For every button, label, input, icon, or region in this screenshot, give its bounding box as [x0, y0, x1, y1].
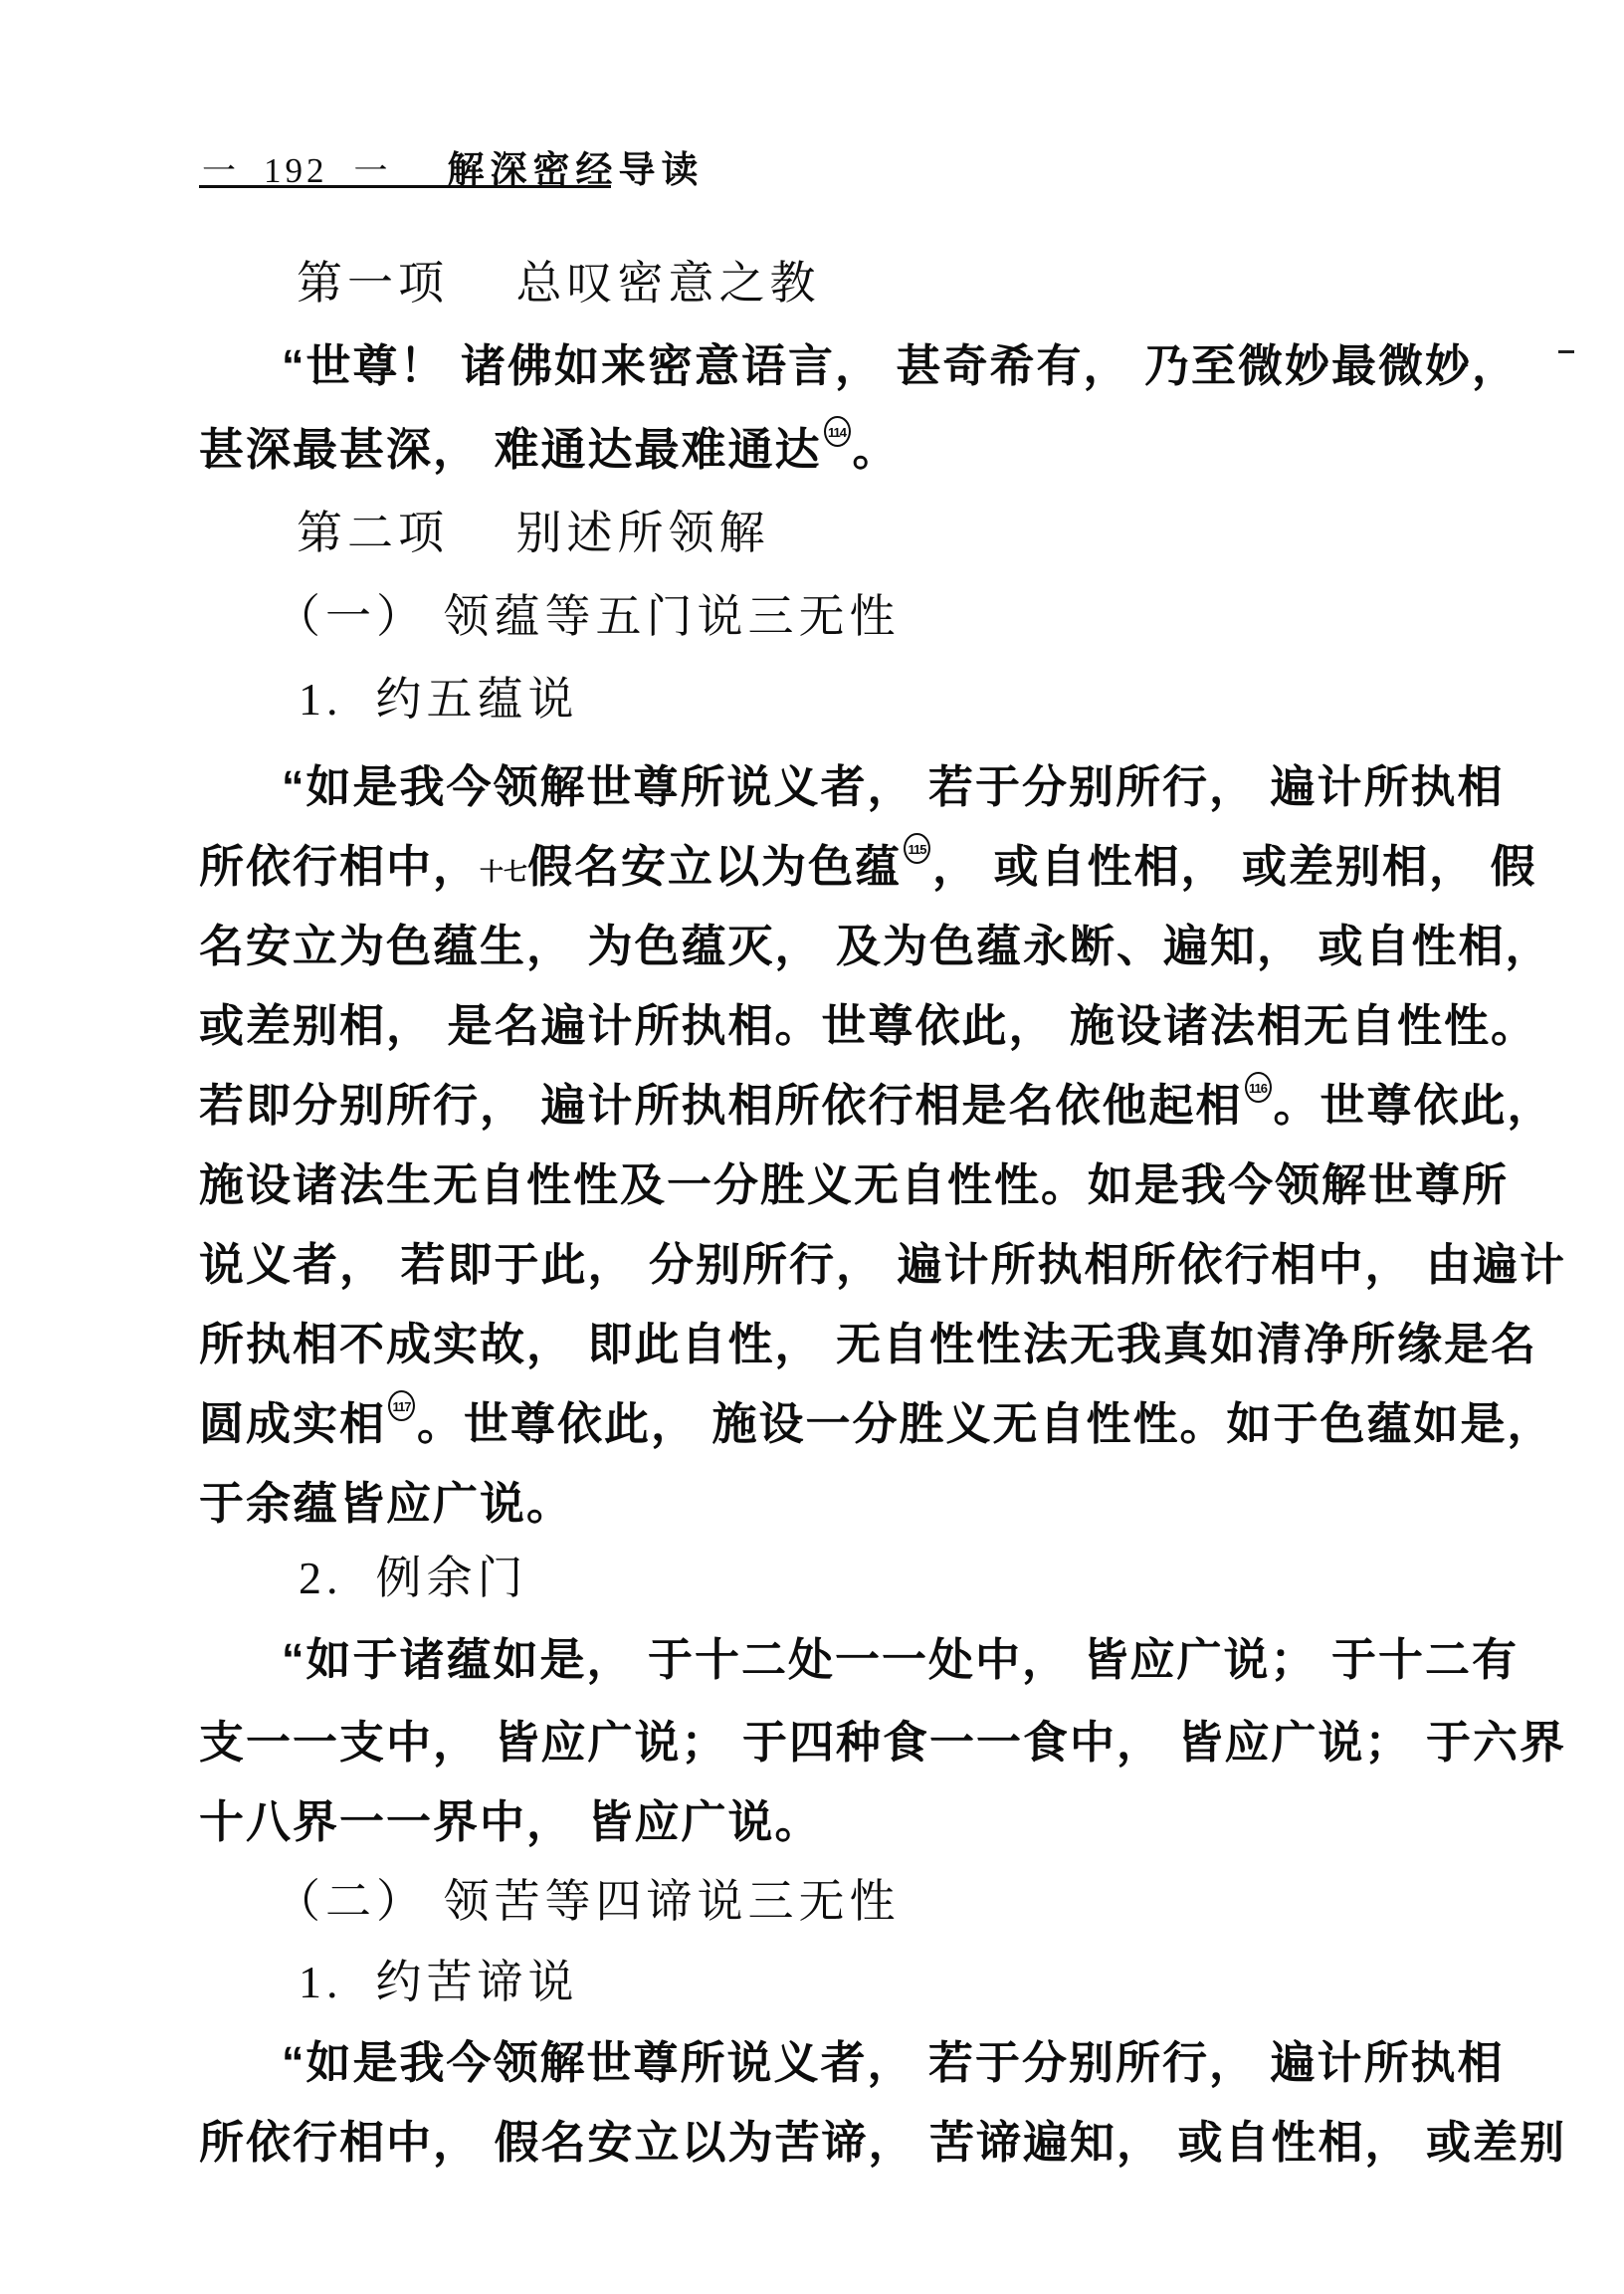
sutra-line: 说义者， 若即于此， 分别所行， 遍计所执相所依行相中， 由遍计: [199, 1228, 1566, 1293]
note-marker-114: 114: [824, 416, 851, 447]
sutra-text: 。: [853, 424, 900, 475]
sutra-line: 十八界一一界中， 皆应广说。: [199, 1785, 822, 1850]
sutra-text: 所依行相中，: [199, 841, 480, 892]
sutra-text: 圆成实相: [199, 1398, 386, 1449]
subsection-heading-1: （一） 领蕴等五门说三无性: [275, 580, 901, 646]
subsection-heading-1-1: 1. 约五蕴说: [299, 663, 579, 729]
note-marker-115: 115: [904, 833, 930, 864]
section-heading-item2: 第二项 别述所领解: [297, 497, 770, 562]
sutra-line: 所依行相中， 假名安立以为苦谛， 苦谛遍知， 或自性相， 或差别: [199, 2106, 1566, 2171]
sutra-line: 甚深最甚深， 难通达最难通达114。: [199, 413, 900, 478]
subsection-heading-1-2: 2. 例余门: [299, 1542, 528, 1607]
sutra-line: 或差别相， 是名遍计所执相。世尊依此， 施设诸法相无自性性。: [199, 989, 1537, 1054]
sutra-text: 。世尊依此，: [1274, 1080, 1554, 1131]
sutra-line: 若即分别所行， 遍计所执相所依行相是名依他起相116。世尊依此，: [199, 1069, 1554, 1134]
sutra-text: 。世尊依此， 施设一分胜义无自性性。如于色蕴如是，: [417, 1398, 1554, 1449]
section-heading-item1: 第一项 总叹密意之教: [297, 247, 821, 313]
sutra-line: 施设诸法生无自性性及一分胜义无自性性。如是我今领解世尊所: [199, 1148, 1509, 1213]
sutra-line: 所执相不成实故， 即此自性， 无自性性法无我真如清净所缘是名: [199, 1308, 1537, 1372]
subsection-heading-2-1: 1. 约苦谛说: [299, 1946, 579, 2011]
book-page: 一 192 一 解深密经导读 第一项 总叹密意之教 “世尊！ 诸佛如来密意语言，…: [0, 0, 1624, 2294]
sutra-line: “如于诸蕴如是， 于十二处一一处中， 皆应广说； 于十二有: [282, 1623, 1519, 1688]
sutra-text: 若即分别所行， 遍计所执相所依行相是名依他起相: [199, 1080, 1243, 1131]
sutra-line: “如是我今领解世尊所说义者， 若于分别所行， 遍计所执相: [282, 750, 1505, 815]
header-rule: [199, 185, 611, 188]
sutra-line: “世尊！ 诸佛如来密意语言， 甚奇希有， 乃至微妙最微妙，: [282, 329, 1519, 394]
note-marker-117: 117: [388, 1390, 415, 1421]
folio-mark: 十七: [480, 859, 527, 886]
sutra-line: “如是我今领解世尊所说义者， 若于分别所行， 遍计所执相: [282, 2026, 1505, 2091]
sutra-text: ， 或自性相， 或差别相， 假: [932, 841, 1537, 892]
sutra-line: 所依行相中，十七假名安立以为色蕴115， 或自性相， 或差别相， 假: [199, 830, 1537, 895]
note-marker-116: 116: [1245, 1072, 1272, 1103]
sutra-line: 圆成实相117。世尊依此， 施设一分胜义无自性性。如于色蕴如是，: [199, 1387, 1554, 1452]
sutra-line: 名安立为色蕴生， 为色蕴灭， 及为色蕴永断、遍知， 或自性相，: [199, 910, 1552, 974]
sutra-line: 于余蕴皆应广说。: [199, 1467, 573, 1532]
sutra-text: 甚深最甚深， 难通达最难通达: [199, 424, 822, 475]
sutra-text: 假名安立以为色蕴: [527, 841, 902, 892]
scan-artifact: [1558, 350, 1574, 353]
subsection-heading-2: （二） 领苦等四谛说三无性: [275, 1865, 901, 1931]
sutra-line: 支一一支中， 皆应广说； 于四种食一一食中， 皆应广说； 于六界: [199, 1706, 1566, 1771]
